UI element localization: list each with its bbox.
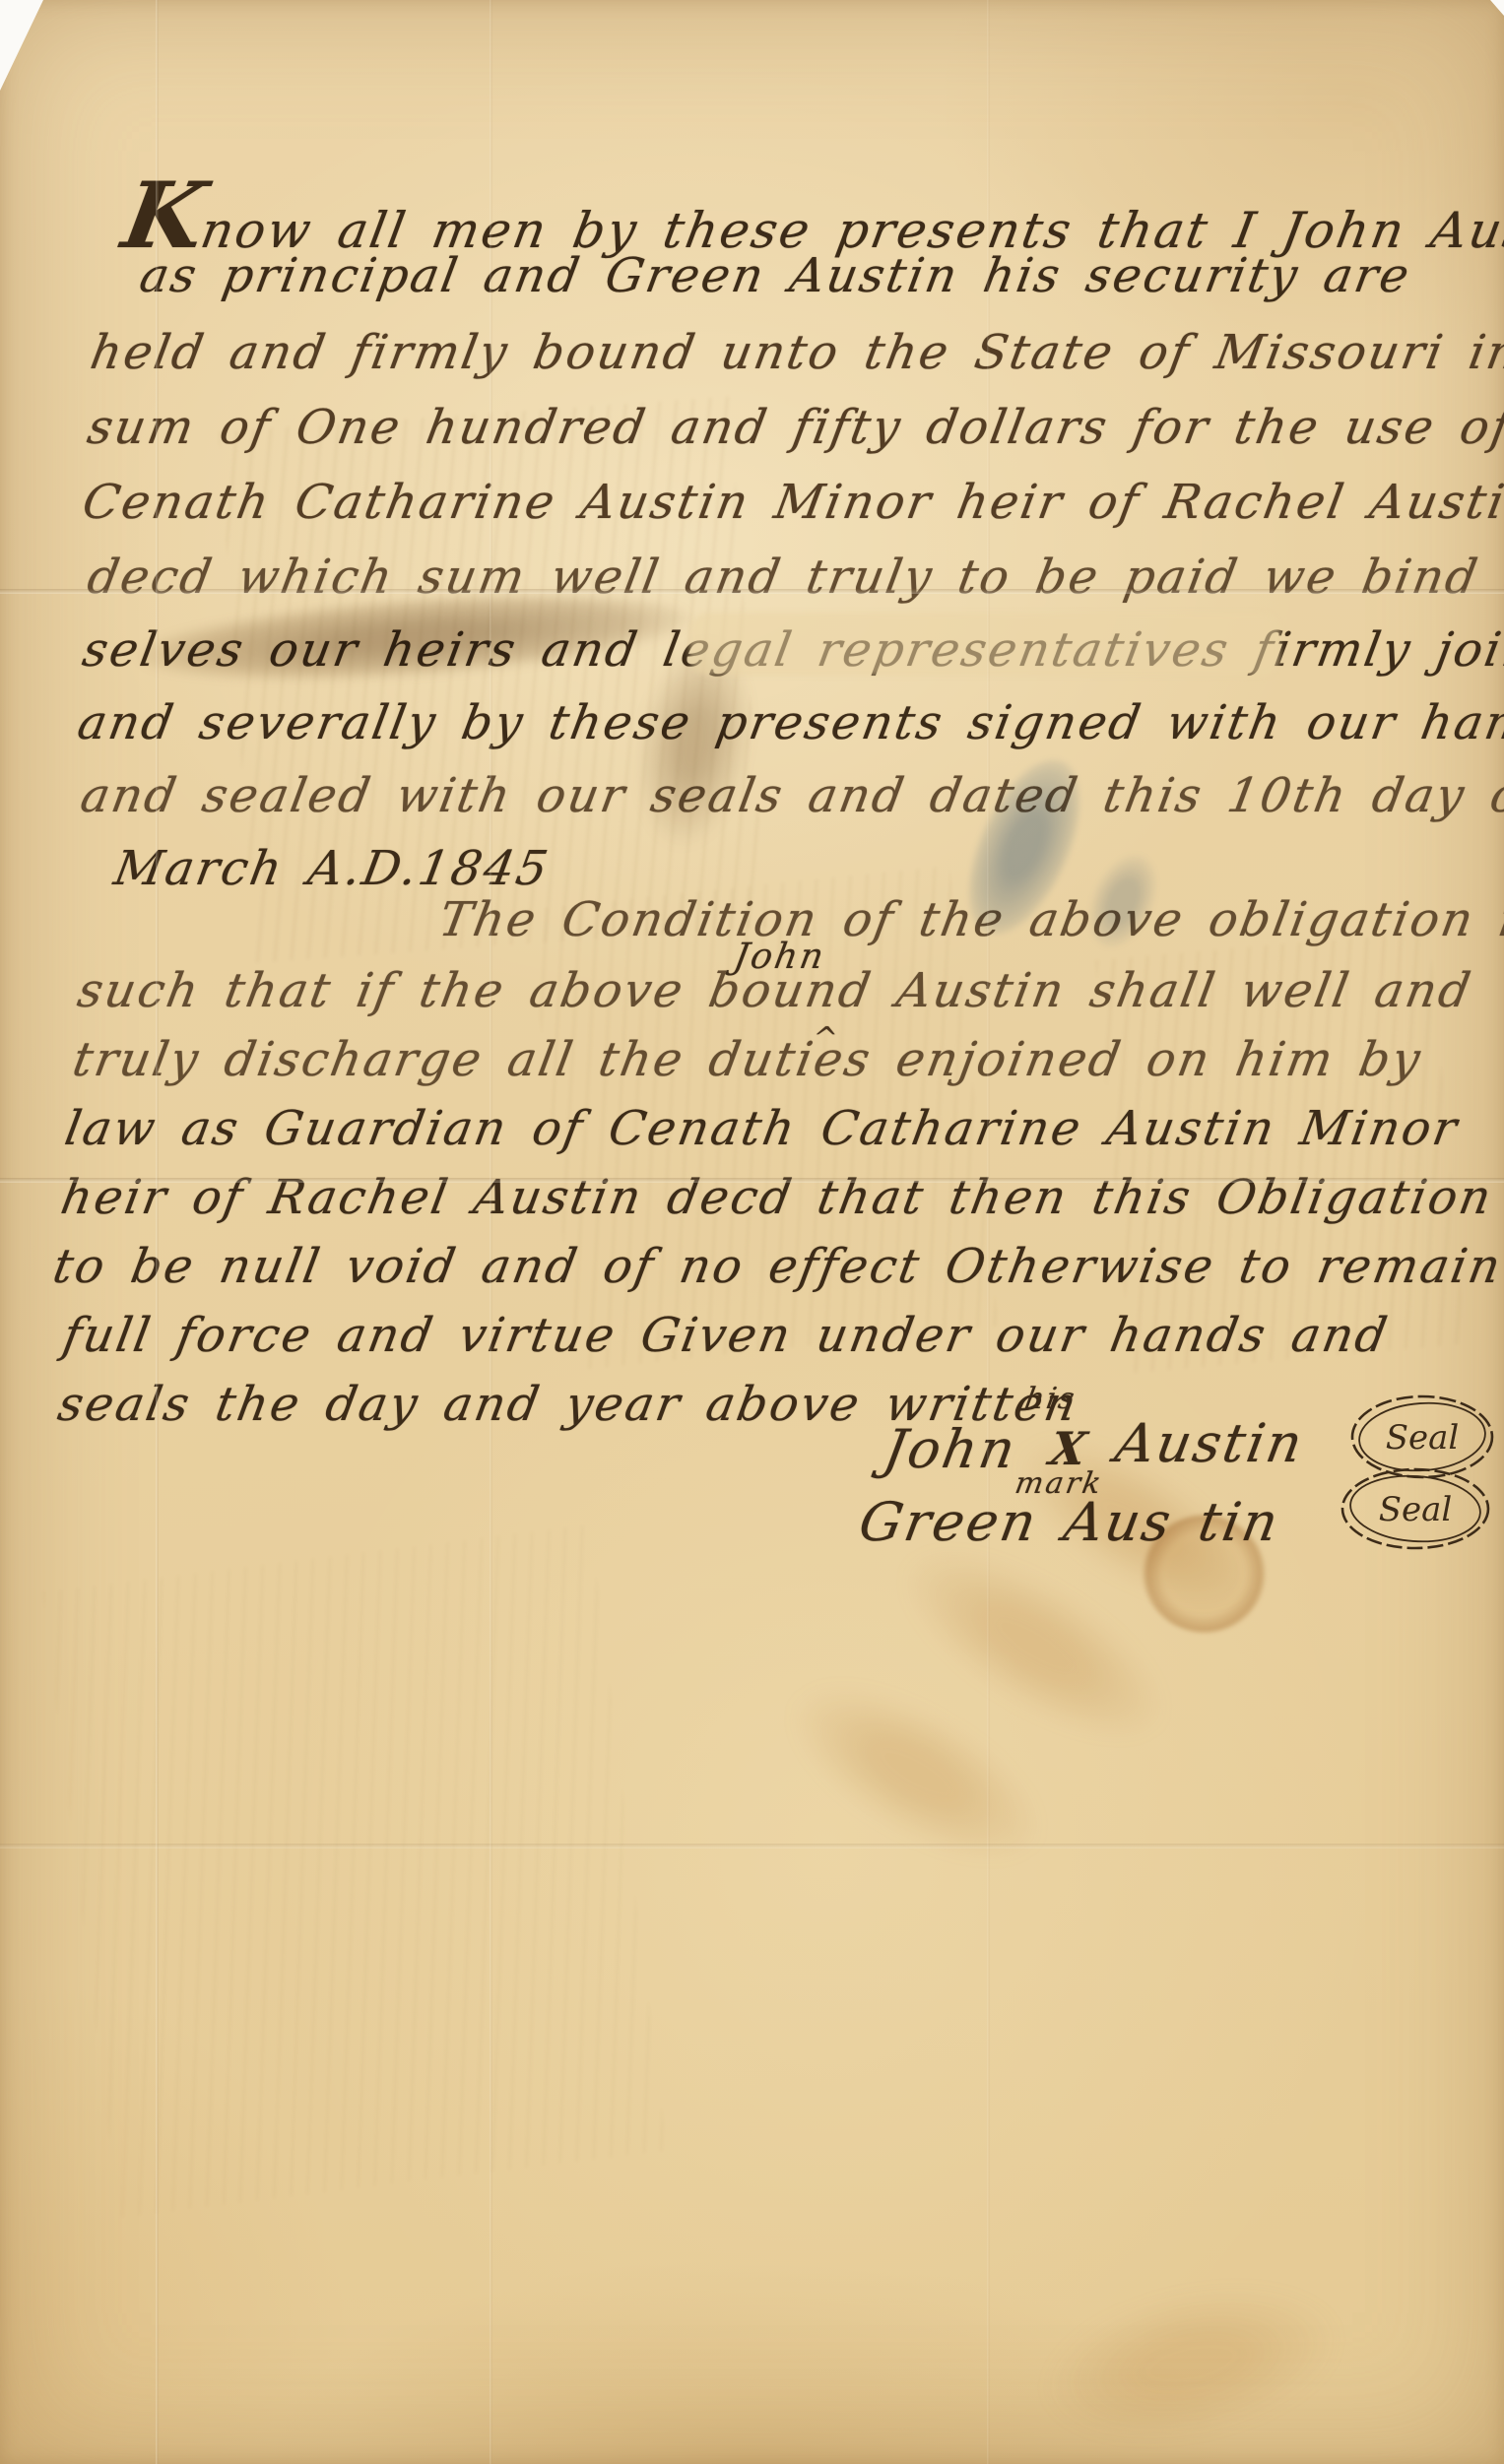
vertical-fold-crease: [156, 0, 159, 2464]
manuscript-line: truly discharge all the duties enjoined …: [69, 1034, 1426, 1086]
seal-label: Seal: [1386, 1418, 1460, 1458]
faded-ink-area: [689, 613, 1280, 676]
manuscript-line: and severally by these presents signed w…: [74, 697, 1504, 749]
horizontal-fold-crease: [0, 1844, 1504, 1848]
manuscript-line: Cenath Catharine Austin Minor heir of Ra…: [79, 477, 1504, 529]
horizontal-fold-crease: [0, 1178, 1504, 1183]
interlinear-insertion-word: John: [731, 938, 828, 977]
seal-label: Seal: [1379, 1490, 1453, 1529]
manuscript-line: as principal and Green Austin his securi…: [136, 250, 1415, 302]
insertion-caret-mark: ^: [810, 1022, 842, 1055]
vertical-fold-crease: [987, 0, 990, 2464]
manuscript-line: full force and virtue Given under our ha…: [59, 1310, 1393, 1362]
manuscript-line: to be null void and of no effect Otherwi…: [49, 1241, 1504, 1293]
hand-drawn-seal: Seal: [1338, 1463, 1493, 1554]
manuscript-line: held and firmly bound unto the State of …: [87, 327, 1504, 379]
horizontal-fold-crease: [0, 589, 1504, 594]
bleed-through-ghost-text: [42, 1524, 667, 2217]
scanned-manuscript-page: Know all men by these presents that I Jo…: [0, 0, 1504, 2464]
manuscript-line: March A.D.1845: [110, 843, 554, 895]
vertical-fold-crease: [490, 0, 492, 2464]
manuscript-line: decd which sum well and truly to be paid…: [84, 551, 1504, 604]
manuscript-line: and sealed with our seals and dated this…: [77, 770, 1504, 822]
manuscript-line: sum of One hundred and fifty dollars for…: [84, 402, 1504, 454]
signature-john-austin-first: John: [880, 1420, 1021, 1478]
signature-his-note: his: [1022, 1383, 1079, 1415]
manuscript-line: law as Guardian of Cenath Catharine Aust…: [61, 1103, 1463, 1155]
